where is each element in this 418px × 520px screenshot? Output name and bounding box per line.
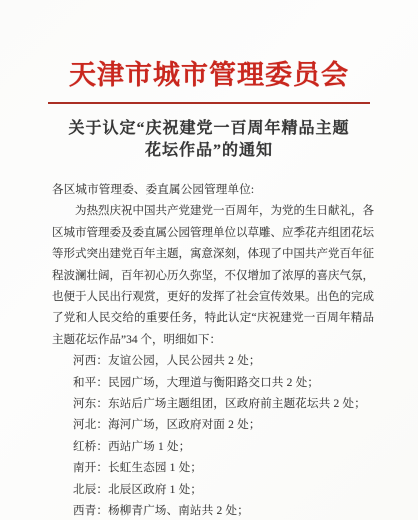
list-item-xiqing: 西青：杨柳青广场、南站共 2 处； — [73, 501, 378, 520]
list-item-hebei: 河北：海河广场，区政府对面 2 处； — [73, 415, 378, 436]
list-item-hexi: 河西：友谊公园，人民公园共 2 处； — [73, 351, 378, 372]
agency-letterhead: 天津市城市管理委员会 — [0, 58, 418, 92]
document-title: 关于认定“庆祝建党一百周年精品主题 花坛作品”的通知 — [0, 118, 418, 162]
document-title-line1: 关于认定“庆祝建党一百周年精品主题 — [0, 118, 418, 140]
red-separator-line — [48, 102, 370, 104]
body-paragraph: 为热烈庆祝中国共产党建党一百周年，为党的生日献礼，各区城市管理委及委直属公园管理… — [52, 201, 374, 351]
document-page: 天津市城市管理委员会 关于认定“庆祝建党一百周年精品主题 花坛作品”的通知 各区… — [0, 0, 418, 520]
district-list: 河西：友谊公园，人民公园共 2 处； 和平：民园广场，大理道与衡阳路交口共 2 … — [73, 351, 378, 520]
list-item-hedong: 河东：东站后广场主题组团，区政府前主题花坛共 2 处； — [73, 394, 378, 415]
list-item-beichen: 北辰：北辰区政府 1 处； — [73, 480, 378, 501]
salutation: 各区城市管理委、委直属公园管理单位: — [52, 180, 374, 201]
list-item-hongqiao: 红桥：西站广场 1 处； — [73, 437, 378, 458]
document-title-line2: 花坛作品”的通知 — [0, 140, 418, 162]
list-item-nankai: 南开：长虹生态园 1 处； — [73, 458, 378, 479]
list-item-heping: 和平：民园广场，大理道与衡阳路交口共 2 处； — [73, 373, 378, 394]
